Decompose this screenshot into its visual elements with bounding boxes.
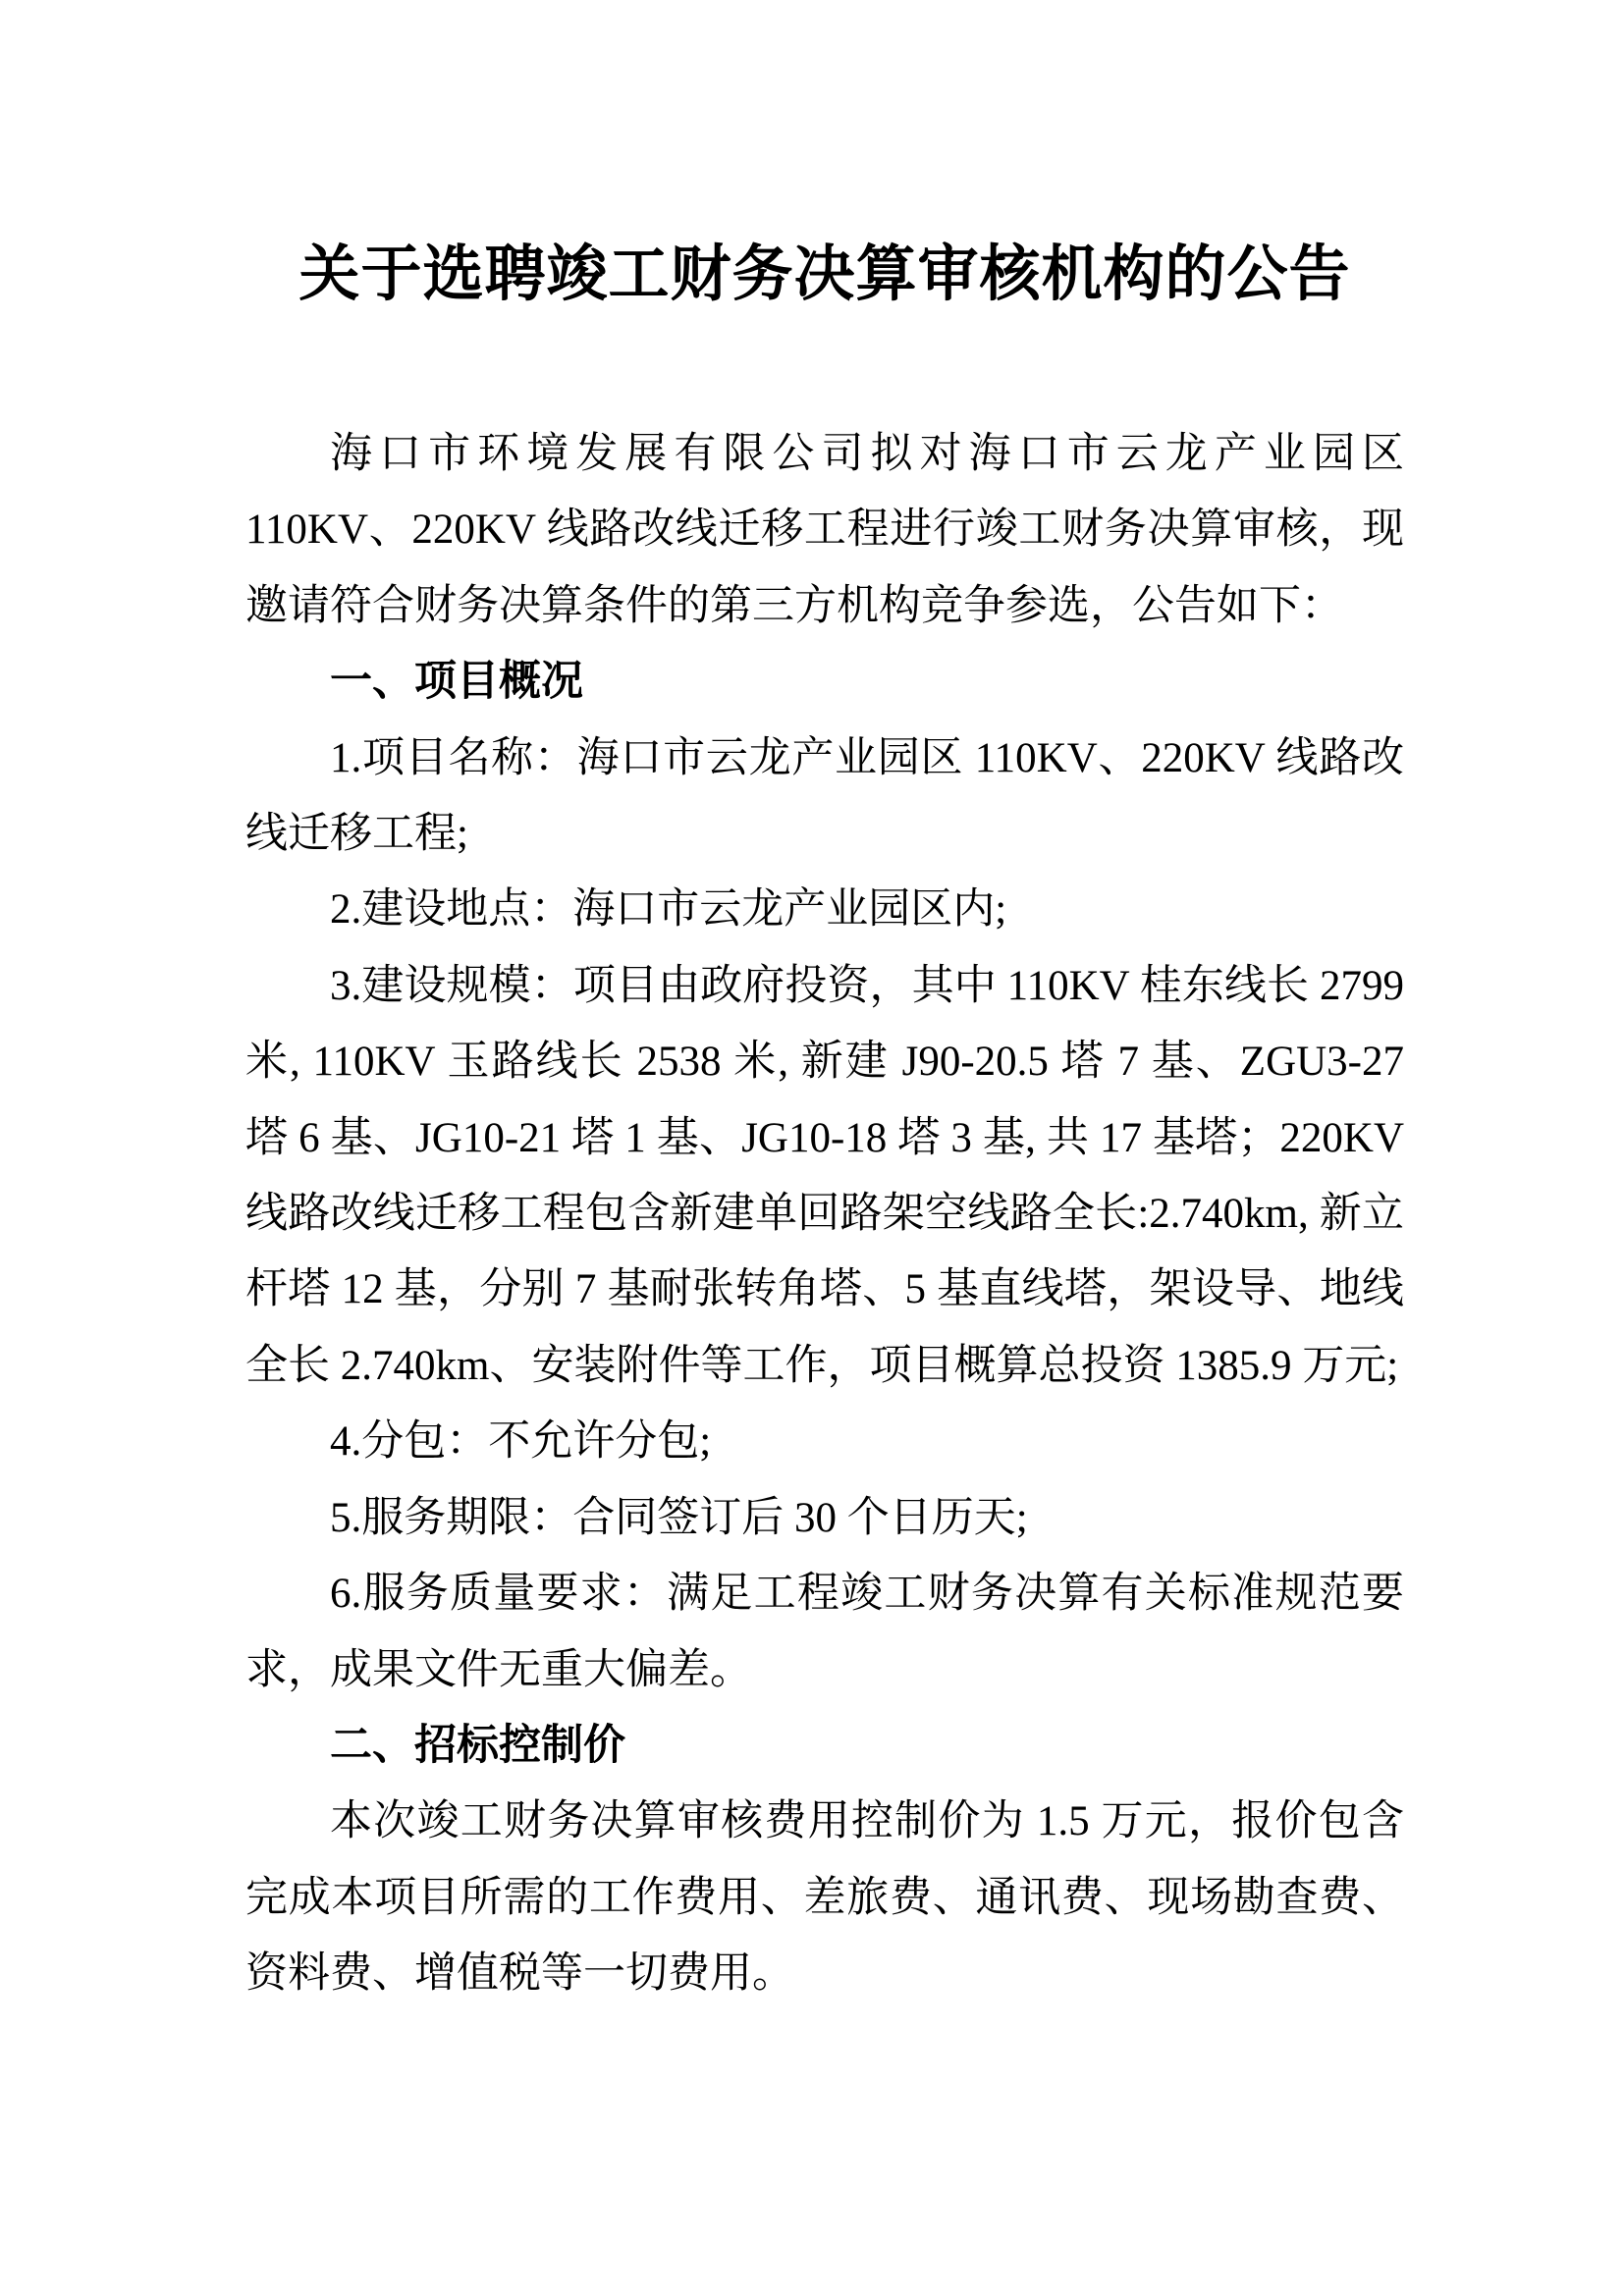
item-2-location: 2.建设地点：海口市云龙产业园区内; <box>245 872 1404 947</box>
document-page: 关于选聘竣工财务决算审核机构的公告 海口市环境发展有限公司拟对海口市云龙产业园区… <box>0 0 1624 2296</box>
item-6-quality-requirement: 6.服务质量要求：满足工程竣工财务决算有关标准规范要求，成果文件无重大偏差。 <box>245 1556 1404 1708</box>
intro-paragraph: 海口市环境发展有限公司拟对海口市云龙产业园区 110KV、220KV 线路改线迁… <box>245 416 1404 644</box>
item-1-project-name: 1.项目名称：海口市云龙产业园区 110KV、220KV 线路改线迁移工程; <box>245 721 1404 873</box>
control-price-paragraph: 本次竣工财务决算审核费用控制价为 1.5 万元，报价包含完成本项目所需的工作费用… <box>245 1784 1404 2011</box>
document-body: 海口市环境发展有限公司拟对海口市云龙产业园区 110KV、220KV 线路改线迁… <box>245 416 1404 2012</box>
item-4-subcontract: 4.分包：不允许分包; <box>245 1404 1404 1479</box>
document-title: 关于选聘竣工财务决算审核机构的公告 <box>245 231 1404 319</box>
section-1-heading: 一、项目概况 <box>245 644 1404 720</box>
section-2-heading: 二、招标控制价 <box>245 1708 1404 1784</box>
item-3-scale: 3.建设规模：项目由政府投资，其中 110KV 桂东线长 2799 米, 110… <box>245 948 1404 1404</box>
document-content: 关于选聘竣工财务决算审核机构的公告 海口市环境发展有限公司拟对海口市云龙产业园区… <box>245 0 1404 2012</box>
item-5-service-period: 5.服务期限：合同签订后 30 个日历天; <box>245 1480 1404 1556</box>
